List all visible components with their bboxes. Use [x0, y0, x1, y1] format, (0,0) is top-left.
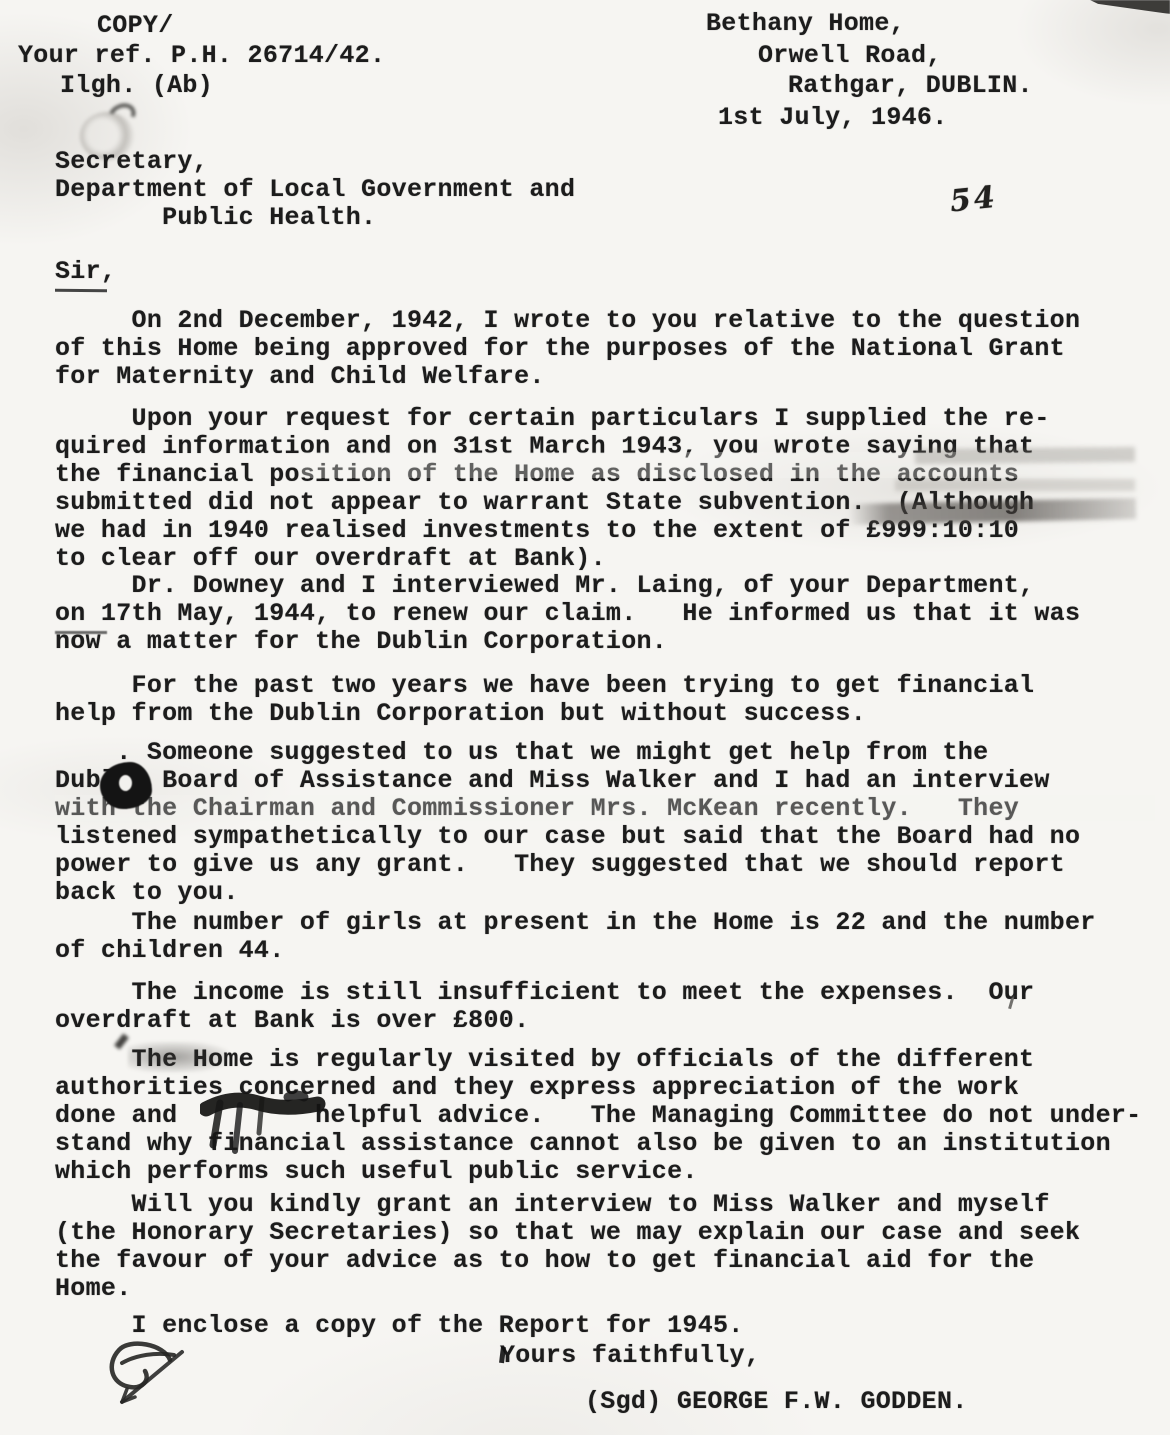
paragraph: On 2nd December, 1942, I wrote to you re…	[55, 307, 1080, 391]
scan-fade-band	[55, 795, 1155, 821]
text-line: Public Health.	[55, 204, 575, 232]
scan-corner-mark	[1090, 0, 1170, 14]
text-line: back to you.	[55, 879, 1080, 907]
ink-smudge	[895, 479, 1135, 491]
ink-blot	[100, 762, 152, 809]
text-line: . Someone suggested to us that we might …	[55, 739, 1080, 767]
text-line: Will you kindly grant an interview to Mi…	[55, 1191, 1080, 1219]
paragraph: Dr. Downey and I interviewed Mr. Laing, …	[55, 572, 1080, 656]
sender-address-line: Rathgar, DUBLIN.	[788, 72, 1033, 100]
salutation-underline-mark	[55, 289, 107, 292]
valediction: Yours faithfully,	[500, 1342, 760, 1370]
handwritten-initials-scribble	[90, 1336, 212, 1422]
signature-line: (Sgd) GEORGE F.W. GODDEN.	[585, 1388, 968, 1416]
paragraph: . Someone suggested to us that we might …	[55, 739, 1080, 907]
text-line: the favour of your advice as to how to g…	[55, 1247, 1080, 1275]
salutation: Sir,	[55, 258, 116, 286]
text-line: of children 44.	[55, 937, 1096, 965]
text-line: which performs such useful public servic…	[55, 1158, 1141, 1186]
ink-strikeout-blot	[200, 1083, 332, 1155]
text-line: Upon your request for certain particular…	[55, 405, 1050, 433]
paragraph: Will you kindly grant an interview to Mi…	[55, 1191, 1080, 1303]
file-code: Ilgh. (Ab)	[60, 72, 213, 100]
letter-date: 1st July, 1946.	[718, 104, 948, 132]
text-line: For the past two years we have been tryi…	[55, 672, 1034, 700]
text-line: power to give us any grant. They suggest…	[55, 851, 1080, 879]
text-line: The number of girls at present in the Ho…	[55, 909, 1096, 937]
letter-page: COPY/ Your ref. P.H. 26714/42. Ilgh. (Ab…	[0, 0, 1170, 1435]
paragraph: The income is still insufficient to meet…	[55, 979, 1034, 1035]
text-line: to clear off our overdraft at Bank).	[55, 545, 1050, 573]
handwritten-page-number: 54	[948, 180, 999, 220]
text-line: Home.	[55, 1275, 1080, 1303]
text-line: The income is still insufficient to meet…	[55, 979, 1034, 1007]
text-line: of this Home being approved for the purp…	[55, 335, 1080, 363]
copy-mark: COPY/	[97, 12, 174, 40]
text-line: now a matter for the Dublin Corporation.	[55, 628, 1080, 656]
text-line: for Maternity and Child Welfare.	[55, 363, 1080, 391]
text-line: On 2nd December, 1942, I wrote to you re…	[55, 307, 1080, 335]
ink-smudge	[915, 447, 1135, 464]
text-line: listened sympathetically to our case but…	[55, 823, 1080, 851]
sender-address-line: Orwell Road,	[758, 42, 942, 70]
underline-mark	[55, 631, 107, 634]
text-line: Dublin Board of Assistance and Miss Walk…	[55, 767, 1080, 795]
text-line: on 17th May, 1944, to renew our claim. H…	[55, 600, 1080, 628]
text-line: (the Honorary Secretaries) so that we ma…	[55, 1219, 1080, 1247]
text-line: help from the Dublin Corporation but wit…	[55, 700, 1034, 728]
text-line: Dr. Downey and I interviewed Mr. Laing, …	[55, 572, 1080, 600]
reference-number: Your ref. P.H. 26714/42.	[18, 42, 385, 70]
paragraph: The number of girls at present in the Ho…	[55, 909, 1096, 965]
paragraph: For the past two years we have been tryi…	[55, 672, 1034, 728]
text-line: Secretary,	[55, 148, 575, 176]
ink-smudge	[128, 1042, 228, 1072]
text-line: Department of Local Government and	[55, 176, 575, 204]
recipient-address: Secretary,Department of Local Government…	[55, 148, 575, 232]
sender-address-line: Bethany Home,	[706, 10, 905, 38]
text-line: overdraft at Bank is over £800.	[55, 1007, 1034, 1035]
